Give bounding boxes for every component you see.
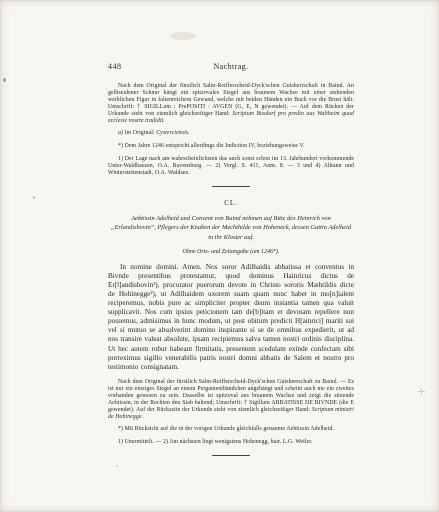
footnote-a: a) Im Original: Cysterciensis. <box>118 130 354 137</box>
footnote-numbered-2: 1) Unermittelt. — 2) Am nächsten liegt w… <box>108 439 354 446</box>
footnote-label: Im Original: <box>125 130 155 136</box>
scan-cross-mark <box>418 388 425 395</box>
footnote-original-spelling: Cysterciensis. <box>156 130 190 136</box>
charter-heading: Aebtissin Adelheid und Convent von Baind… <box>108 214 354 243</box>
scanned-book-page: 448 Nachtrag. Nach dem Original der fürs… <box>0 0 439 512</box>
charter-provenance-note: Nach dem Original der fürstlich Salm-Rei… <box>108 379 354 420</box>
footnote-marker: a) <box>118 130 123 136</box>
previous-charter-provenance-note: Nach dem Original der fürstlich Salm-Rei… <box>108 83 354 124</box>
page-header: 448 Nachtrag. <box>108 62 354 72</box>
end-divider-rule <box>212 455 250 456</box>
footnote-numbered: 1) Der Lage nach am wahrscheinlichsten d… <box>108 156 354 177</box>
running-title: Nachtrag. <box>108 62 354 71</box>
scan-smudge <box>170 32 196 40</box>
scan-speck <box>33 196 35 199</box>
text-column: 448 Nachtrag. Nach dem Original der fürs… <box>108 62 354 456</box>
section-divider-rule <box>212 186 250 187</box>
footnote-asterisk-2: *) Mit Rücksicht auf die in der vorigen … <box>108 426 354 433</box>
footnote-asterisk: *) Dem Jahre 1246 entspricht allerdings … <box>108 143 354 150</box>
charter-number: CL. <box>108 199 354 207</box>
scan-speck <box>3 78 6 82</box>
scan-speck <box>116 465 118 467</box>
charter-latin-text: In nomine domini. Amen. Nos soror Adilha… <box>108 263 354 372</box>
charter-dateline: Ohne Orts- und Zeitangabe (um 1246*). <box>108 249 354 255</box>
